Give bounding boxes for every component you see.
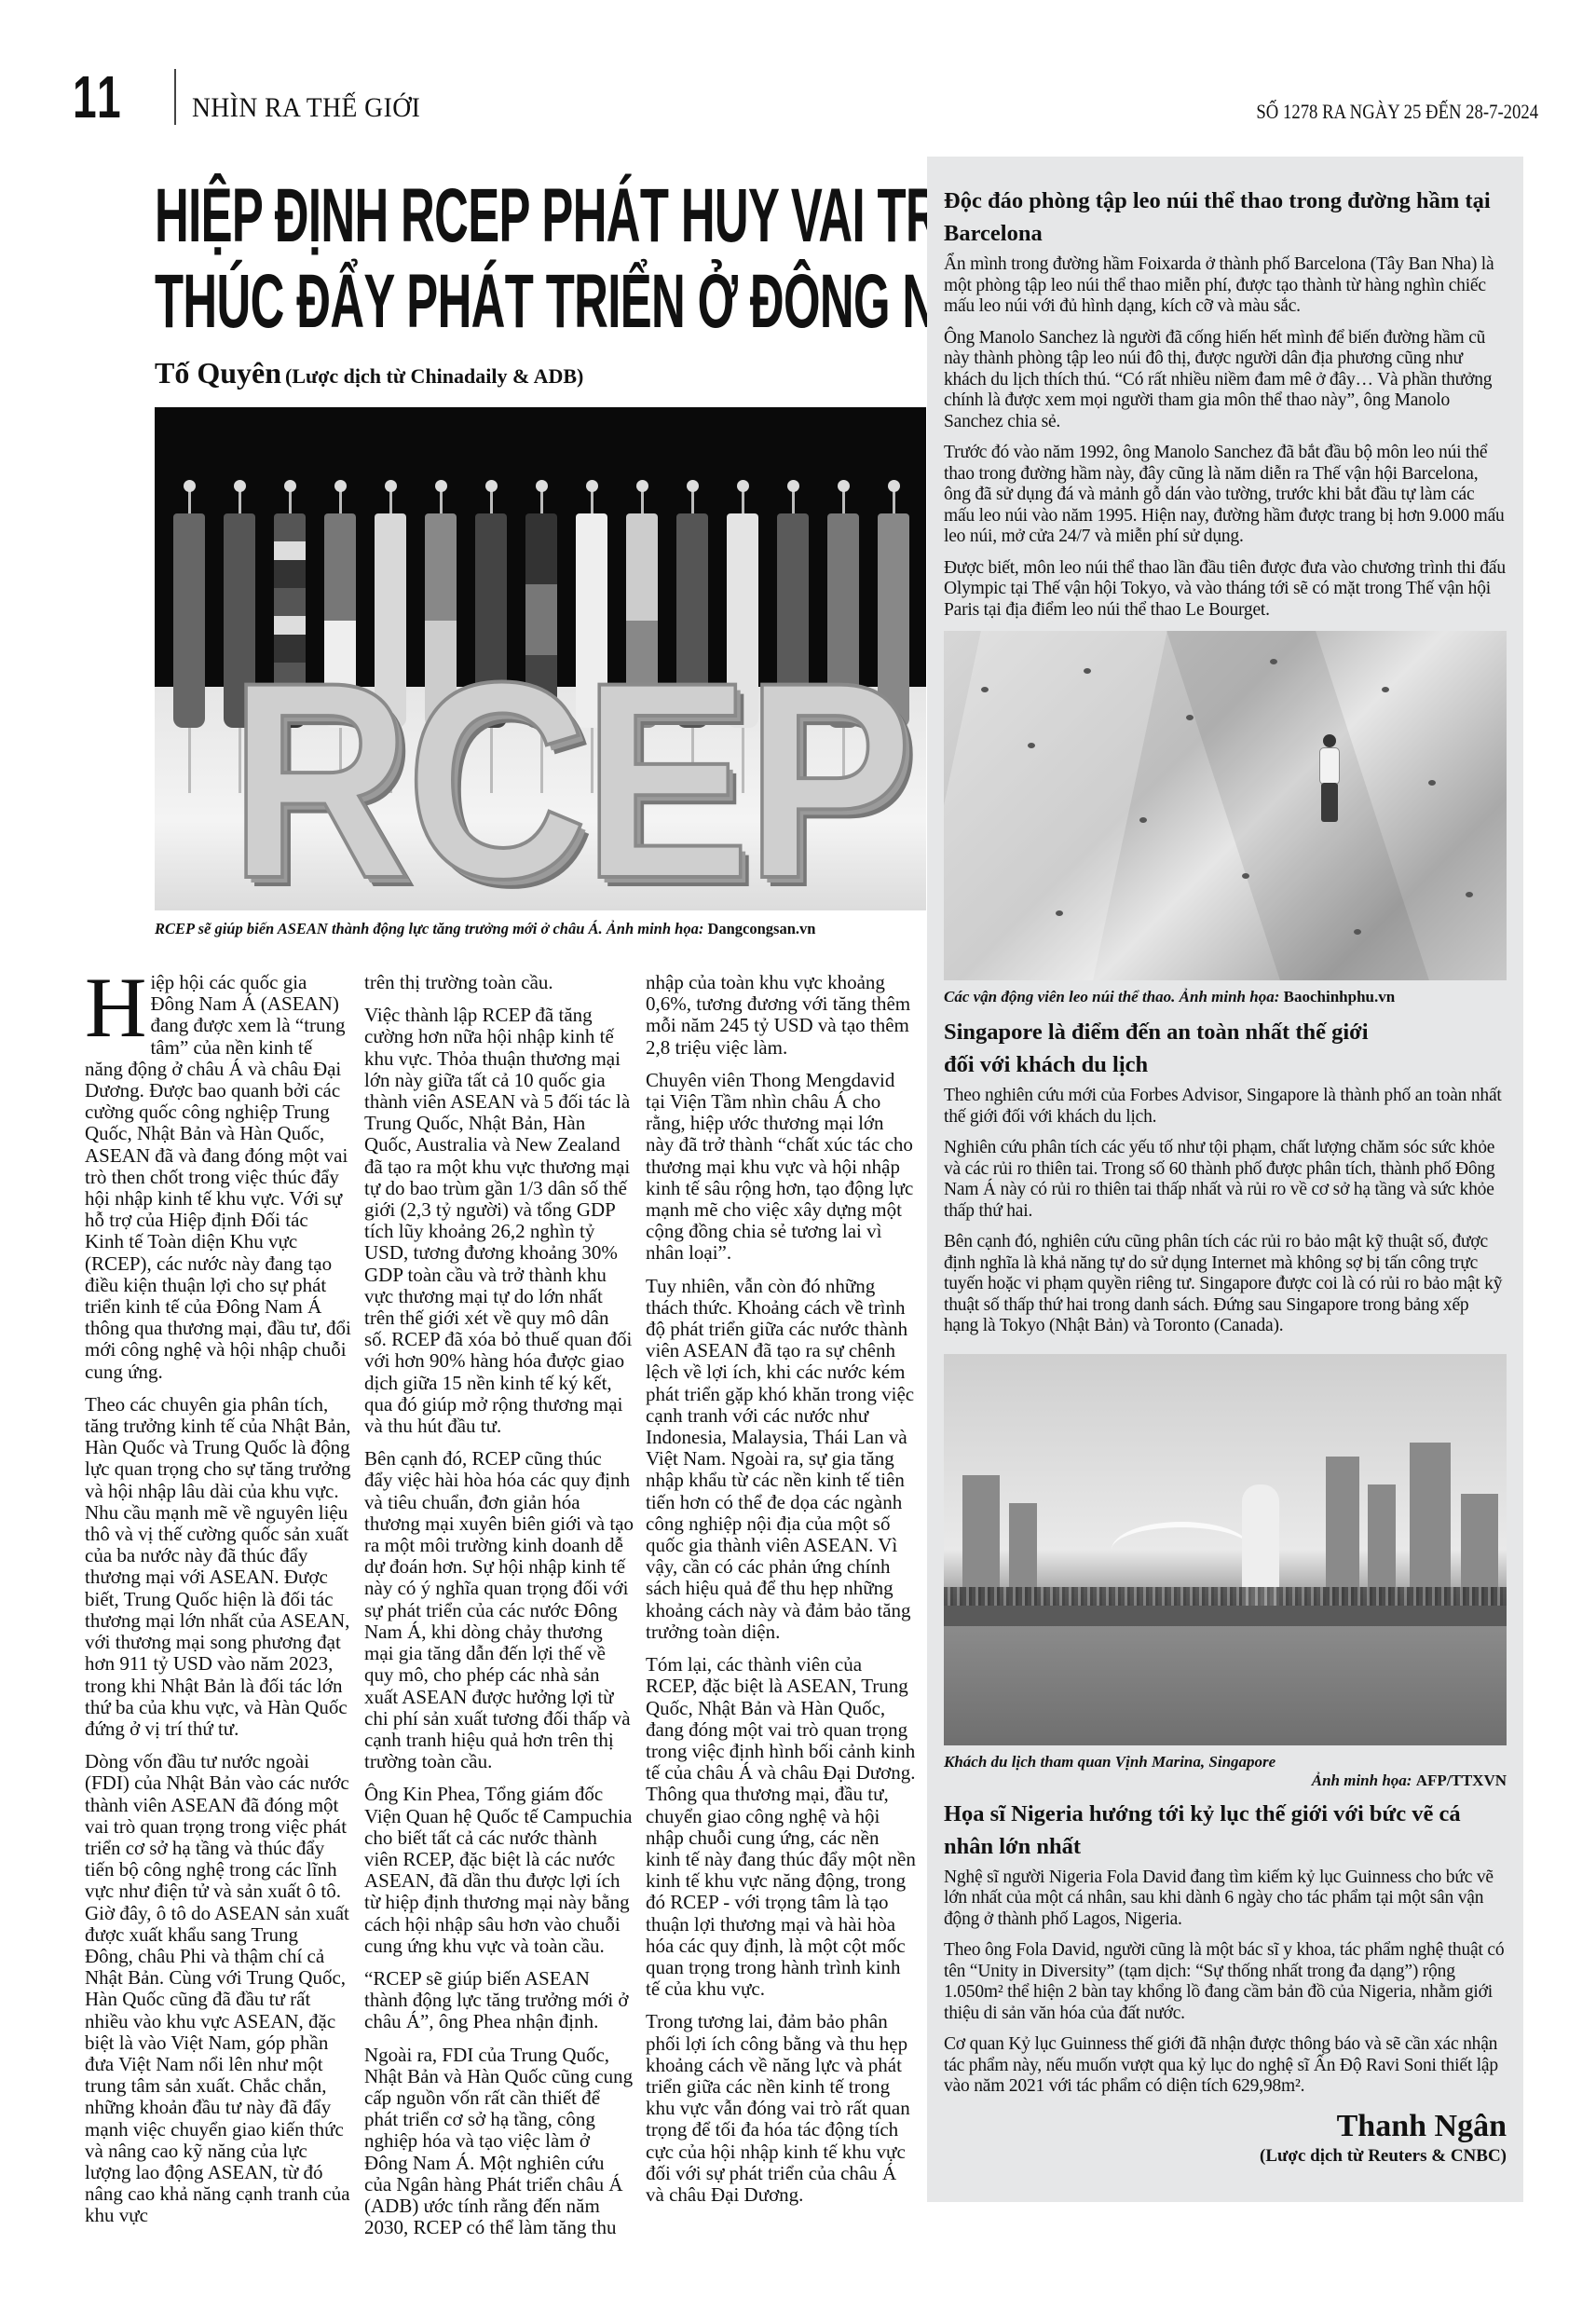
author: Tố Quyên <box>155 356 281 390</box>
climbing-photo-caption: Các vận động viên leo núi thể thao. Ảnh … <box>944 988 1507 1006</box>
paragraph: Theo ông Fola David, người cũng là một b… <box>944 1940 1507 2024</box>
paragraph: Theo nghiên cứu mới của Forbes Advisor, … <box>944 1086 1507 1128</box>
news-brief-sidebar: Độc đáo phòng tập leo núi thể thao trong… <box>927 157 1523 2202</box>
photo-credit: Dangcongsan.vn <box>707 920 815 937</box>
paragraph: Bên cạnh đó, nghiên cứu cũng phân tích c… <box>944 1232 1507 1337</box>
drop-cap: H <box>85 974 146 1041</box>
flag-icon <box>173 486 207 793</box>
paragraph: “RCEP sẽ giúp biến ASEAN thành động lực … <box>364 1968 634 2033</box>
photo-credit: AFP/TTXVN <box>1416 1772 1507 1789</box>
page-number: 11 <box>73 67 123 127</box>
brief-singapore: Singapore là điểm đến an toàn nhất thế g… <box>944 1016 1507 1790</box>
paragraph: Chuyên viên Thong Mengdavid tại Viện Tầm… <box>646 1070 916 1265</box>
brief-title: Singapore là điểm đến an toàn nhất thế g… <box>944 1016 1382 1081</box>
paragraph: Trong tương lai, đảm bảo phân phối lợi í… <box>646 2011 916 2206</box>
paragraph: Nghiên cứu phân tích các yếu tố như tội … <box>944 1138 1507 1222</box>
main-headline: HIỆP ĐỊNH RCEP PHÁT HUY VAI TRÒ THÚC ĐẨY… <box>155 173 651 345</box>
paragraph: Theo các chuyên gia phân tích, tăng trưở… <box>85 1394 351 1740</box>
headline-line-2: THÚC ĐẨY PHÁT TRIỂN Ở ĐÔNG NAM Á <box>155 259 651 345</box>
header-divider <box>174 69 176 125</box>
article-column-1: Hiệp hội các quốc gia Đông Nam Á (ASEAN)… <box>85 972 351 2238</box>
rcep-photo: RCEP <box>155 407 926 910</box>
brief-title: Độc đáo phòng tập leo núi thể thao trong… <box>944 185 1507 250</box>
paragraph: nhập của toàn khu vực khoảng 0,6%, tương… <box>646 972 916 1059</box>
paragraph: Ngoài ra, FDI của Trung Quốc, Nhật Bản v… <box>364 2045 634 2239</box>
paragraph: Bên cạnh đó, RCEP cũng thúc đẩy việc hài… <box>364 1448 634 1772</box>
signature-author: Thanh Ngân <box>944 2108 1507 2145</box>
singapore-photo-caption: Khách du lịch tham quan Vịnh Marina, Sin… <box>944 1753 1507 1790</box>
byline: Tố Quyên (Lược dịch từ Chinadaily & ADB) <box>155 356 583 390</box>
paragraph: Dòng vốn đầu tư nước ngoài (FDI) của Nhậ… <box>85 1751 351 2226</box>
paragraph: Tóm lại, các thành viên của RCEP, đặc bi… <box>646 1654 916 2000</box>
headline-line-1: HIỆP ĐỊNH RCEP PHÁT HUY VAI TRÒ <box>155 173 651 259</box>
paragraph: Được biết, môn leo núi thể thao lần đầu … <box>944 558 1507 622</box>
photo-credit: Baochinhphu.vn <box>1284 988 1396 1006</box>
brief-nigeria: Họa sĩ Nigeria hướng tới kỷ lục thế giới… <box>944 1798 1507 2098</box>
paragraph: Ông Manolo Sanchez là người đã cống hiến… <box>944 328 1507 433</box>
paragraph: trên thị trường toàn cầu. <box>364 972 634 993</box>
climbing-photo <box>944 631 1507 980</box>
article-column-3: nhập của toàn khu vực khoảng 0,6%, tương… <box>646 972 916 2217</box>
paragraph: Trước đó vào năm 1992, ông Manolo Sanche… <box>944 443 1507 548</box>
issue-date: SỐ 1278 RA NGÀY 25 ĐẾN 28-7-2024 <box>1256 101 1538 123</box>
paragraph: Ông Kin Phea, Tổng giám đốc Viện Quan hệ… <box>364 1784 634 1957</box>
singapore-photo <box>944 1354 1507 1745</box>
section-name: NHÌN RA THẾ GIỚI <box>192 93 420 123</box>
brief-title: Họa sĩ Nigeria hướng tới kỷ lục thế giới… <box>944 1798 1507 1863</box>
paragraph: Cơ quan Kỷ lục Guinness thế giới đã nhận… <box>944 2034 1507 2098</box>
main-photo-caption: RCEP sẽ giúp biến ASEAN thành động lực t… <box>155 920 815 938</box>
brief-barcelona: Độc đáo phòng tập leo núi thể thao trong… <box>944 185 1507 1006</box>
signature-source: (Lược dịch từ Reuters & CNBC) <box>944 2145 1507 2168</box>
byline-source: (Lược dịch từ Chinadaily & ADB) <box>285 364 583 388</box>
article-column-2: trên thị trường toàn cầu. Việc thành lập… <box>364 972 634 2250</box>
climber-figure <box>1312 738 1347 822</box>
paragraph: Ẩn mình trong đường hầm Foixarda ở thành… <box>944 254 1507 318</box>
paragraph: Việc thành lập RCEP đã tăng cường hơn nữ… <box>364 1005 634 1437</box>
paragraph: Hiệp hội các quốc gia Đông Nam Á (ASEAN)… <box>85 972 351 1383</box>
paragraph: Nghệ sĩ người Nigeria Fola David đang tì… <box>944 1867 1507 1931</box>
paragraph: Tuy nhiên, vẫn còn đó những thách thức. … <box>646 1276 916 1643</box>
rcep-3d-letters: RCEP <box>229 640 908 910</box>
